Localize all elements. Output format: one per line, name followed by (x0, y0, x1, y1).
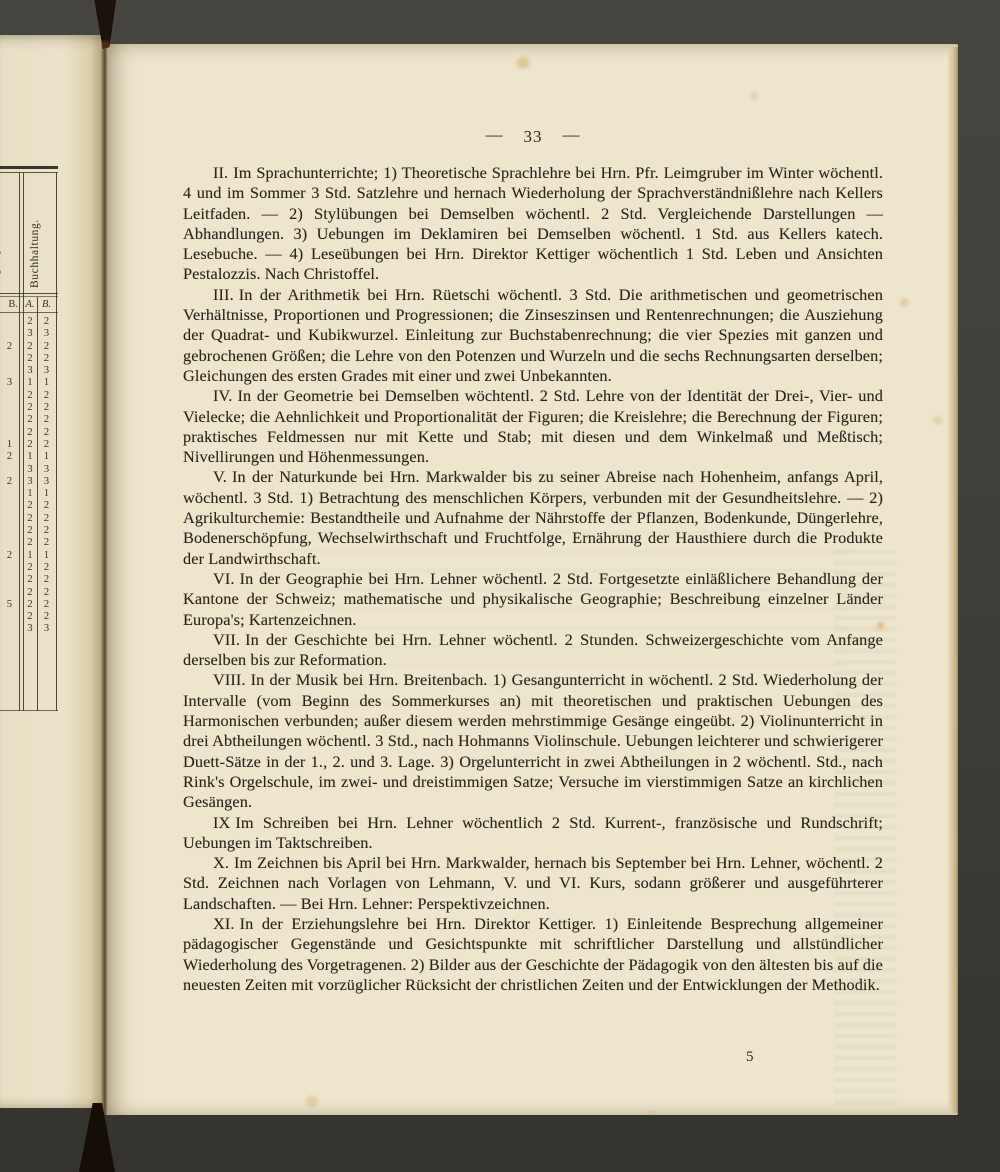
table-cell (0, 315, 19, 327)
page-edge-stack (947, 47, 958, 1113)
table-cell (0, 610, 19, 622)
table-cell: 3 (37, 463, 56, 475)
table-cell: 2 (37, 561, 56, 573)
table-rows: 2 2 3 3 2 2 2 (0, 315, 57, 635)
table-cell (0, 327, 19, 339)
table-row: 2 2 (0, 413, 57, 425)
table-header-underline (0, 293, 58, 294)
table-cell: 2 (23, 561, 37, 573)
table-cell: 2 (23, 512, 37, 524)
table-row: 5 2 2 (0, 598, 57, 610)
page-header: —33— (183, 126, 883, 148)
table-cell: 2 (37, 536, 56, 548)
table-row: 3 1 1 (0, 376, 57, 388)
table-cell: 1 (37, 376, 56, 388)
table-cell (0, 622, 19, 634)
table-bottom-border (0, 710, 58, 711)
table-row: 1 1 (0, 487, 57, 499)
table-cell: 5 (0, 598, 19, 610)
table-cell: 2 (37, 340, 56, 352)
table-cell: 2 (0, 549, 19, 561)
foxing-spot (900, 298, 909, 307)
table-row: 2 1 1 (0, 549, 57, 561)
table-row: 2 1 1 (0, 450, 57, 462)
section-numeral: X. (213, 853, 234, 872)
table-cell: 1 (0, 438, 19, 450)
page-number: 33 (524, 127, 543, 146)
foxing-spot (516, 57, 530, 69)
table-cell: 2 (37, 610, 56, 622)
table-cell: 1 (37, 450, 56, 462)
table-row: 2 2 (0, 401, 57, 413)
table-cell: 3 (37, 327, 56, 339)
section-text: Im Sprachunterrichte; 1) Theoretische Sp… (183, 163, 883, 283)
table-cell: 2 (23, 401, 37, 413)
section-paragraph: IXIm Schreiben bei Hrn. Lehner wöchentli… (183, 813, 883, 854)
table-row: 2 2 (0, 573, 57, 585)
table-cell: 2 (23, 536, 37, 548)
table-row: 2 2 (0, 499, 57, 511)
table-row: 2 2 (0, 426, 57, 438)
table-cell: 3 (37, 475, 56, 487)
table-cell: 2 (37, 499, 56, 511)
table-cell: 2 (37, 413, 56, 425)
table-cell: 2 (37, 401, 56, 413)
table-row: 3 3 (0, 364, 57, 376)
section-paragraph: VII.In der Geschichte bei Hrn. Lehner wö… (183, 630, 883, 671)
table-cell: 2 (23, 352, 37, 364)
table-cell (0, 463, 19, 475)
text-column: —33— II.Im Sprachunterrichte; 1) Theoret… (183, 126, 883, 995)
table-cell: 2 (37, 512, 56, 524)
section-text: In der Arithmetik bei Hrn. Rüetschi wöch… (183, 285, 883, 385)
table-top-border-thick (0, 166, 58, 169)
table-cell: 2 (23, 573, 37, 585)
table-cell: 2 (23, 426, 37, 438)
table-cell (0, 586, 19, 598)
foxing-spot (750, 92, 758, 100)
header-rule-right: — (563, 125, 581, 144)
section-numeral: V. (213, 467, 232, 486)
body-text: II.Im Sprachunterrichte; 1) Theoretische… (183, 163, 883, 995)
section-numeral: II. (213, 163, 233, 182)
foxing-spot (933, 416, 943, 425)
table-row: 2 2 (0, 610, 57, 622)
table-cell: 3 (23, 463, 37, 475)
left-page-sliver: Orgelspiel. Buchhaltung. B. A. B. 2 2 (0, 35, 102, 1108)
foxing-spot (306, 1096, 318, 1107)
table-cell: 2 (37, 524, 56, 536)
section-numeral: III. (213, 285, 239, 304)
table-cell: 1 (23, 549, 37, 561)
table-cell: 3 (23, 364, 37, 376)
section-text: In der Musik bei Hrn. Breitenbach. 1) Ge… (183, 670, 883, 811)
section-text: In der Erziehungslehre bei Hrn. Direktor… (183, 914, 883, 994)
table-cell: 1 (23, 487, 37, 499)
table-cell: 2 (23, 499, 37, 511)
table-cell: 2 (37, 586, 56, 598)
table-cell: 2 (23, 413, 37, 425)
table-cell (0, 389, 19, 401)
section-numeral: IV. (213, 386, 237, 405)
table-row: 2 2 (0, 524, 57, 536)
table-cell: 3 (37, 622, 56, 634)
table-row: 2 3 3 (0, 475, 57, 487)
table-cell: 2 (37, 573, 56, 585)
table-cell: 2 (23, 598, 37, 610)
section-text: Im Schreiben bei Hrn. Lehner wöchentlich… (183, 813, 883, 852)
section-text: Im Zeichnen bis April bei Hrn. Markwalde… (183, 853, 883, 913)
table-cell: 2 (23, 524, 37, 536)
section-numeral: VIII. (213, 670, 251, 689)
table-cell (0, 401, 19, 413)
table-row: 3 3 (0, 327, 57, 339)
table-cell (0, 561, 19, 573)
table-row: 2 2 (0, 352, 57, 364)
table-cell: 2 (23, 315, 37, 327)
table-cell: 2 (23, 438, 37, 450)
section-text: In der Geometrie bei Demselben wöchtentl… (183, 386, 883, 466)
foxing-spot (646, 1112, 657, 1115)
table-row: 1 2 2 (0, 438, 57, 450)
table-row: 2 2 (0, 389, 57, 401)
table-cell: 2 (37, 426, 56, 438)
table-row: 2 2 (0, 512, 57, 524)
table-cell: 2 (23, 610, 37, 622)
rotated-column-header-orgelspiel: Orgelspiel. (0, 176, 1, 288)
section-paragraph: IV.In der Geometrie bei Demselben wöchte… (183, 386, 883, 467)
table-cell: 3 (0, 376, 19, 388)
section-paragraph: XI.In der Erziehungslehre bei Hrn. Direk… (183, 914, 883, 995)
table-cell: 2 (37, 315, 56, 327)
table-cell: 1 (37, 549, 56, 561)
table-row: 2 2 (0, 561, 57, 573)
table-row: 2 2 (0, 586, 57, 598)
table-cell: 1 (37, 487, 56, 499)
section-numeral: VI. (213, 569, 240, 588)
table-cell (0, 499, 19, 511)
table-row: 3 3 (0, 463, 57, 475)
table-cell: 2 (37, 598, 56, 610)
section-paragraph: II.Im Sprachunterrichte; 1) Theoretische… (183, 163, 883, 285)
section-paragraph: X.Im Zeichnen bis April bei Hrn. Markwal… (183, 853, 883, 914)
section-text: In der Naturkunde bei Hrn. Markwalder bi… (183, 467, 883, 567)
section-paragraph: III.In der Arithmetik bei Hrn. Rüetschi … (183, 285, 883, 386)
table-cell: 2 (23, 389, 37, 401)
section-paragraph: VIII.In der Musik bei Hrn. Breitenbach. … (183, 670, 883, 812)
rotated-column-header-buchhaltung: Buchhaltung. (29, 176, 41, 288)
header-rule-left: — (486, 125, 504, 144)
table-cell: 2 (23, 586, 37, 598)
section-text: In der Geschichte bei Hrn. Lehner wöchen… (183, 630, 883, 669)
table-cell: 3 (23, 475, 37, 487)
section-text: In der Geographie bei Hrn. Lehner wöchen… (183, 569, 883, 629)
subheader-underline (0, 312, 58, 313)
table-cell (0, 573, 19, 585)
table-cell: 3 (37, 364, 56, 376)
section-paragraph: VI.In der Geographie bei Hrn. Lehner wöc… (183, 569, 883, 630)
table-cell: 1 (23, 450, 37, 462)
section-paragraph: V.In der Naturkunde bei Hrn. Markwalder … (183, 467, 883, 568)
section-numeral: VII. (213, 630, 245, 649)
table-cell: 2 (37, 389, 56, 401)
table-cell (0, 413, 19, 425)
table-cell: 2 (0, 340, 19, 352)
table-cell (0, 426, 19, 438)
table-cell: 2 (23, 340, 37, 352)
table-row: 2 2 (0, 315, 57, 327)
table-cell (0, 536, 19, 548)
table-cell: 3 (23, 327, 37, 339)
section-numeral: IX (213, 813, 235, 832)
signature-mark: 5 (746, 1049, 754, 1066)
table-cell: 2 (0, 450, 19, 462)
book-page: —33— II.Im Sprachunterrichte; 1) Theoret… (108, 44, 958, 1115)
table-row: 2 2 2 (0, 340, 57, 352)
subcolumn-header-b: B. (37, 297, 56, 312)
table-row: 3 3 (0, 622, 57, 634)
table-row: 2 2 (0, 536, 57, 548)
table-cell: 2 (37, 438, 56, 450)
table-cell (0, 352, 19, 364)
table-cell (0, 364, 19, 376)
left-margin-table: Orgelspiel. Buchhaltung. B. A. B. 2 2 (0, 166, 58, 711)
book-spread: Orgelspiel. Buchhaltung. B. A. B. 2 2 (0, 0, 1000, 1172)
table-cell: 3 (23, 622, 37, 634)
table-cell (0, 512, 19, 524)
table-top-border-thin (0, 172, 58, 173)
table-cell (0, 524, 19, 536)
subcolumn-header-a: A. (23, 297, 37, 312)
section-numeral: XI. (213, 914, 240, 933)
table-cell: 2 (37, 352, 56, 364)
table-cell (0, 487, 19, 499)
table-cell: 2 (0, 475, 19, 487)
subcolumn-header-b: B. (0, 297, 18, 312)
table-cell: 1 (23, 376, 37, 388)
